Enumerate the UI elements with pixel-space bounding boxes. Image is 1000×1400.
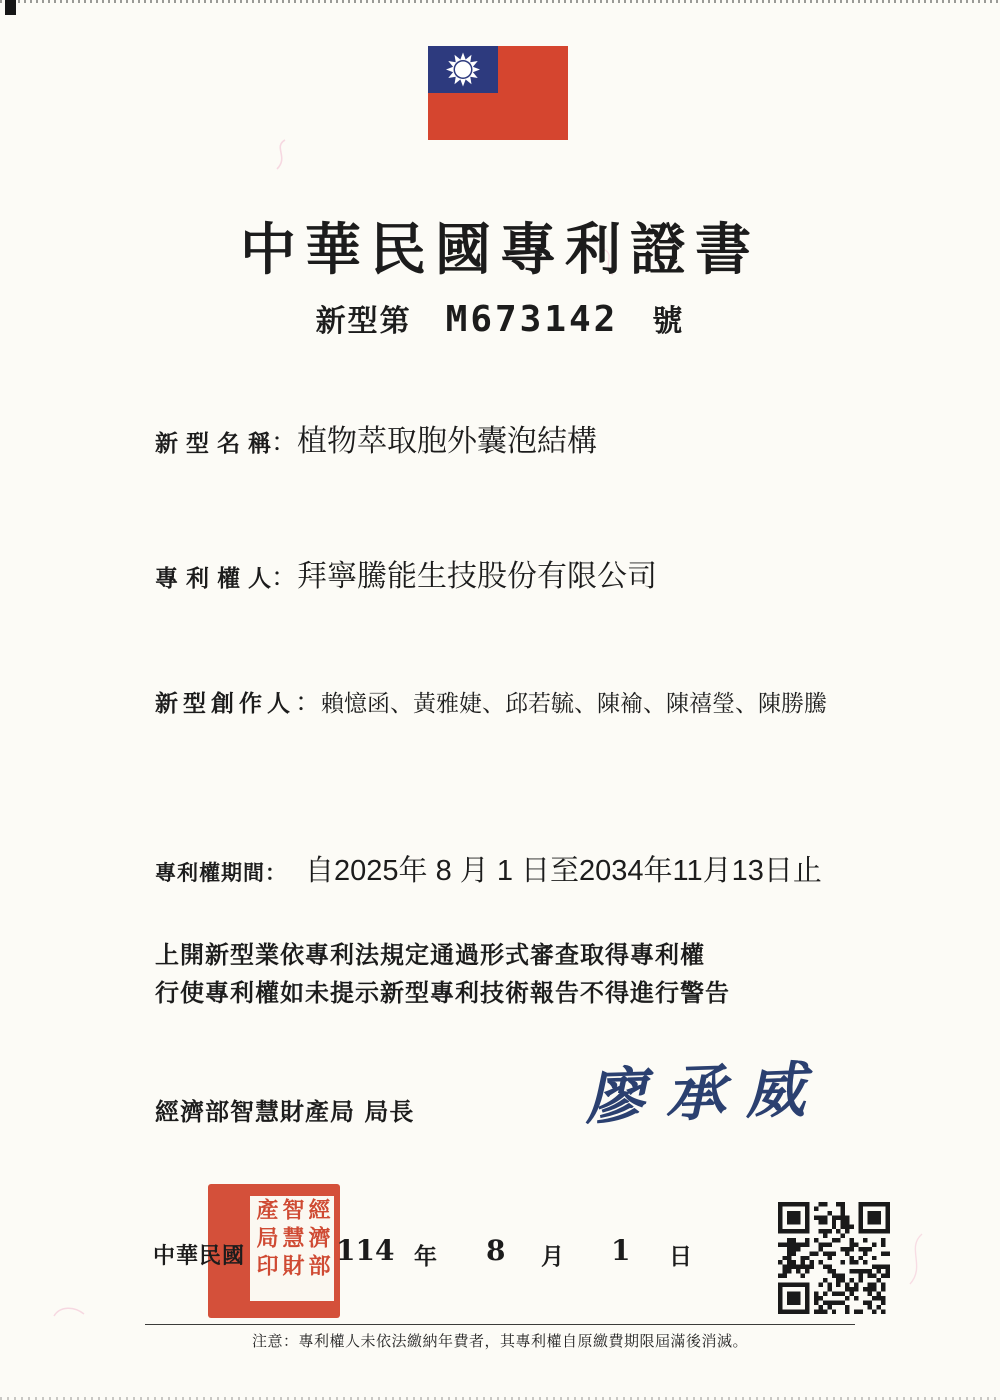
seal-column-1: 經濟部 bbox=[305, 1198, 331, 1299]
seal-column-2: 智慧財 bbox=[279, 1198, 305, 1299]
cert-number: M673142 bbox=[446, 299, 619, 340]
date-era: 中華民國 bbox=[153, 1239, 245, 1270]
taiwan-flag bbox=[428, 46, 568, 140]
date-day-unit: 日 bbox=[669, 1238, 692, 1271]
certificate-number-line: 新型第 M673142 號 bbox=[0, 296, 1000, 340]
qr-code-pattern bbox=[778, 1202, 890, 1314]
field-name-label: 新 型 名 稱 bbox=[155, 430, 271, 457]
field-row-patentee: 專 利 權 人：拜寧騰能生技股份有限公司 bbox=[155, 551, 657, 595]
date-day: 1 bbox=[611, 1234, 630, 1267]
field-creators-label: 新型創作人 bbox=[155, 690, 295, 717]
legal-statement: 上開新型業依專利法規定通過形式審查取得專利權 行使專利權如未提示新型專利技術報告… bbox=[155, 936, 730, 1012]
field-patentee-label: 專 利 權 人 bbox=[155, 565, 271, 592]
field-row-name: 新 型 名 稱：植物萃取胞外囊泡結構 bbox=[155, 416, 597, 460]
field-term-label: 專利權期間： bbox=[155, 860, 287, 885]
field-creators-value: 賴憶函、黃雅婕、邱若毓、陳褕、陳禧瑩、陳勝騰 bbox=[321, 691, 827, 717]
sun-emblem-icon bbox=[428, 46, 498, 93]
seal-inscription: 經濟部 智慧財 產局印 bbox=[250, 1196, 334, 1301]
date-year: 114 bbox=[336, 1234, 394, 1267]
issuer-title: 經濟部智慧財產局 局長 bbox=[155, 1092, 414, 1127]
field-patentee-value: 拜寧騰能生技股份有限公司 bbox=[297, 559, 657, 594]
scan-artifact-top-edge bbox=[0, 0, 1000, 3]
date-month: 8 bbox=[486, 1234, 505, 1267]
director-signature: 廖承威 bbox=[554, 1041, 857, 1137]
qr-code bbox=[778, 1202, 890, 1314]
seal-column-3: 產局印 bbox=[253, 1198, 279, 1299]
cert-number-suffix: 號 bbox=[652, 296, 684, 340]
legal-statement-line-1: 上開新型業依專利法規定通過形式審查取得專利權 bbox=[155, 936, 730, 974]
scan-artifact-corner-mark bbox=[5, 0, 16, 15]
date-year-unit: 年 bbox=[414, 1238, 437, 1271]
paper-fiber-icon bbox=[900, 1230, 930, 1290]
field-creators-colon: ： bbox=[295, 688, 321, 718]
footer-divider bbox=[145, 1324, 855, 1325]
page-title: 中華民國專利證書 bbox=[0, 206, 1000, 286]
field-row-creators: 新型創作人：賴憶函、黃雅婕、邱若毓、陳褕、陳禧瑩、陳勝騰 bbox=[155, 682, 827, 719]
field-row-term: 專利權期間：自2025年 8 月 1 日至2034年11月13日止 bbox=[155, 848, 822, 889]
certificate-page: 中華民國專利證書 新型第 M673142 號 新 型 名 稱：植物萃取胞外囊泡結… bbox=[0, 0, 1000, 1400]
legal-statement-line-2: 行使專利權如未提示新型專利技術報告不得進行警告 bbox=[155, 974, 730, 1012]
field-patentee-colon: ： bbox=[271, 563, 297, 593]
paper-fiber-icon bbox=[50, 1300, 90, 1326]
cert-number-prefix: 新型第 bbox=[316, 296, 412, 340]
paper-fiber-icon bbox=[265, 135, 295, 175]
footer-notice: 注意：專利權人未依法繳納年費者，其專利權自原繳費期限屆滿後消滅。 bbox=[0, 1330, 1000, 1351]
field-name-colon: ： bbox=[271, 428, 297, 458]
field-name-value: 植物萃取胞外囊泡結構 bbox=[297, 424, 597, 459]
field-term-value: 自2025年 8 月 1 日至2034年11月13日止 bbox=[305, 855, 822, 887]
date-month-unit: 月 bbox=[541, 1238, 564, 1271]
